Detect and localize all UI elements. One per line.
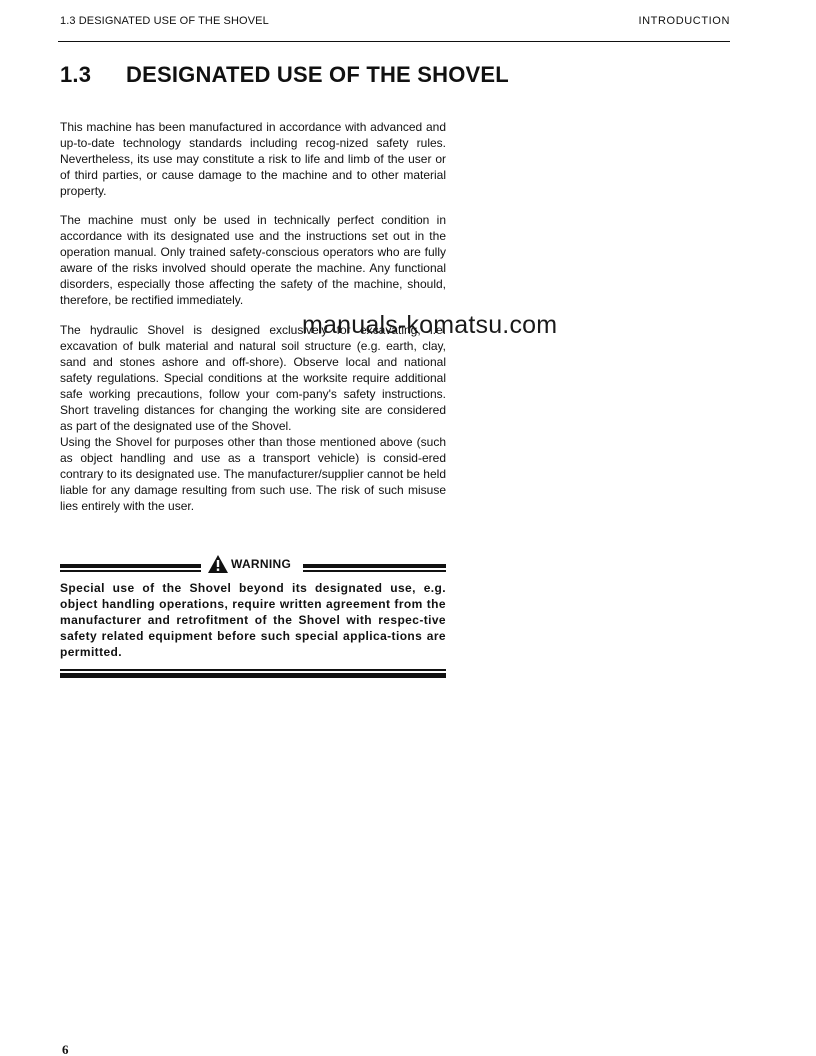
header-rule — [58, 41, 730, 42]
warning-triangle-icon — [208, 555, 228, 573]
page-number: 6 — [62, 1042, 69, 1056]
section-number: 1.3 — [60, 62, 126, 88]
warning-label: WARNING — [231, 557, 291, 571]
warning-rule-left — [60, 564, 201, 572]
warning-header: WARNING — [60, 553, 446, 575]
paragraph-misuse: Using the Shovel for purposes other than… — [60, 434, 446, 514]
running-header-right: INTRODUCTION — [638, 15, 730, 27]
warning-footer-rule — [60, 669, 446, 679]
warning-label-group: WARNING — [208, 555, 291, 573]
watermark: manuals-komatsu.com — [302, 311, 557, 340]
paragraph-intro: This machine has been manufactured in ac… — [60, 119, 446, 199]
warning-text: Special use of the Shovel beyond its des… — [60, 580, 446, 660]
running-header-left: 1.3 DESIGNATED USE OF THE SHOVEL — [60, 15, 269, 27]
paragraph-condition: The machine must only be used in technic… — [60, 212, 446, 308]
section-title: 1.3DESIGNATED USE OF THE SHOVEL — [60, 62, 509, 88]
section-title-text: DESIGNATED USE OF THE SHOVEL — [126, 62, 509, 87]
warning-rule-right — [303, 564, 446, 572]
paragraph-group-use: The hydraulic Shovel is designed exclusi… — [60, 322, 446, 514]
